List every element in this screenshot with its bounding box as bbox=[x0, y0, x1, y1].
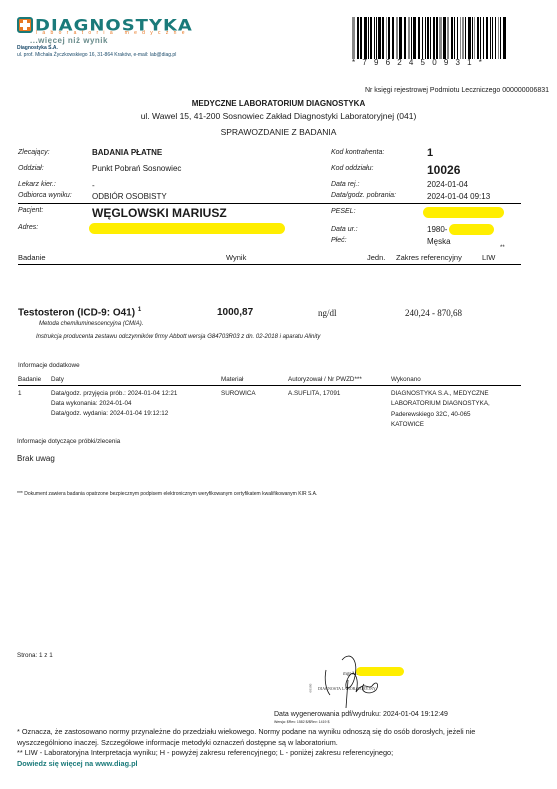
sample-info-value: Brak uwag bbox=[17, 454, 55, 463]
date-received: Data/godz. przyjęcia prób.: 2024-01-04 1… bbox=[51, 390, 177, 397]
footnote-2: wyszczególniono inaczej. Szczegółowe inf… bbox=[17, 738, 338, 747]
branch-label: Oddział: bbox=[18, 165, 44, 172]
column-authorized: Autoryzował / Nr PWZD*** bbox=[288, 376, 362, 383]
barcode-number: *7962450931* bbox=[352, 58, 508, 67]
collection-date-label: Data/godz. pobrania: bbox=[331, 192, 396, 199]
lab-name: MEDYCZNE LABORATORIUM DIAGNOSTYKA bbox=[0, 99, 557, 108]
website-link[interactable]: Dowiedz się więcej na www.diag.pl bbox=[17, 759, 138, 768]
stamp-number: 05195 bbox=[308, 684, 312, 693]
column-liw: LIW bbox=[482, 253, 495, 262]
branch-code-value: 10026 bbox=[427, 163, 460, 177]
patient-label: Pacjent: bbox=[18, 207, 43, 214]
dob-label: Data ur.: bbox=[331, 226, 358, 233]
branch-value: Punkt Pobrań Sosnowiec bbox=[92, 164, 181, 173]
test-name-text: Testosteron (ICD-9: O41) bbox=[18, 307, 135, 318]
sex-value: Męska bbox=[427, 237, 451, 246]
generated-date: Data wygenerowania pdf/wydruku: 2024-01-… bbox=[274, 711, 448, 718]
sample-info-title: Informacje dotyczące próbki/zlecenia bbox=[17, 438, 120, 445]
test-result: 1000,87 bbox=[217, 307, 253, 318]
redacted-pesel bbox=[423, 207, 504, 218]
company-address: ul. prof. Michała Życzkowskiego 16, 31-8… bbox=[17, 52, 176, 58]
date-performed: Data wykonania: 2024-01-04 bbox=[51, 400, 132, 407]
date-issued: Data/godz. wydania: 2024-01-04 19:12:12 bbox=[51, 410, 168, 417]
test-instruction: Instrukcja producenta zestawu odczynnikó… bbox=[36, 334, 320, 340]
performed-line-1: DIAGNOSTYKA S.A., MEDYCZNE bbox=[391, 390, 489, 397]
column-performed: Wykonano bbox=[391, 376, 421, 383]
performed-line-3: Paderewskiego 32C, 40-065 bbox=[391, 411, 470, 418]
registration-date-label: Data rej.: bbox=[331, 181, 359, 188]
footnote-1: * Oznacza, że zastosowano normy przynale… bbox=[17, 727, 475, 736]
pesel-label: PESEL: bbox=[331, 208, 356, 215]
info-test-no: 1 bbox=[18, 390, 22, 397]
footnote-3: ** LIW - Laboratoryjna Interpretacja wyn… bbox=[17, 748, 393, 757]
address-label: Adres: bbox=[18, 224, 38, 231]
column-result: Wynik bbox=[226, 253, 246, 262]
column-unit: Jedn. bbox=[367, 253, 385, 262]
performed-line-2: LABORATORIUM DIAGNOSTYKA, bbox=[391, 400, 490, 407]
recipient-value: ODBIÓR OSOBISTY bbox=[92, 192, 167, 201]
version-info: Wersja: $Rev: 1582 $/$Rev: 1419 $ bbox=[274, 720, 329, 724]
physician-label: Lekarz kier.: bbox=[18, 181, 56, 188]
dob-value: 1980- bbox=[427, 225, 447, 234]
sex-label: Płeć: bbox=[331, 237, 347, 244]
column-dates: Daty bbox=[51, 376, 64, 383]
handwritten-signature bbox=[320, 650, 400, 710]
material-value: SUROWICA bbox=[221, 390, 256, 397]
performed-line-4: KATOWICE bbox=[391, 421, 424, 428]
branch-code-label: Kod oddziału: bbox=[331, 165, 373, 172]
collection-date-value: 2024-01-04 09:13 bbox=[427, 192, 490, 201]
register-number: Nr księgi rejestrowej Podmiotu Lecznicze… bbox=[365, 87, 549, 94]
divider bbox=[18, 385, 521, 386]
logo-tagline: ...więcej niż wynik bbox=[30, 36, 108, 45]
column-material: Materiał bbox=[221, 376, 243, 383]
redacted-address bbox=[89, 223, 285, 234]
page-number: Strona: 1 z 1 bbox=[17, 652, 53, 659]
authorized-value: A.SUFLITA, 17091 bbox=[288, 390, 340, 397]
test-unit: ng/dl bbox=[318, 308, 337, 318]
medical-cross-icon bbox=[17, 17, 33, 33]
test-footnote: 1 bbox=[138, 307, 141, 313]
lab-address: ul. Wawel 15, 41-200 Sosnowiec Zakład Di… bbox=[0, 111, 557, 121]
test-range: 240,24 - 870,68 bbox=[405, 308, 462, 318]
orderer-label: Zlecający: bbox=[18, 149, 50, 156]
physician-value: - bbox=[92, 181, 95, 190]
test-name: Testosteron (ICD-9: O41) 1 bbox=[18, 307, 141, 318]
column-test: Badanie bbox=[18, 253, 46, 262]
orderer-value: BADANIA PŁATNE bbox=[92, 148, 162, 157]
test-method: Metoda chemiluminescencyjna (CMIA). bbox=[39, 321, 143, 327]
recipient-label: Odbiorca wyniku: bbox=[18, 192, 72, 199]
redacted-dob bbox=[449, 224, 494, 235]
registration-date-value: 2024-01-04 bbox=[427, 180, 468, 189]
barcode bbox=[352, 17, 508, 59]
signature-note: *** Dokument zawiera badania opatrzone b… bbox=[17, 491, 317, 497]
contractor-code-label: Kod kontrahenta: bbox=[331, 149, 384, 156]
additional-info-title: Informacje dodatkowe bbox=[18, 362, 80, 369]
column-test-no: Badanie bbox=[18, 376, 41, 383]
contractor-code-value: 1 bbox=[427, 147, 433, 159]
patient-name: WĘGLOWSKI MARIUSZ bbox=[92, 206, 227, 220]
column-range: Zakres referencyjny bbox=[396, 253, 462, 262]
divider bbox=[18, 264, 521, 265]
report-title: SPRAWOZDANIE Z BADANIA bbox=[0, 127, 557, 137]
company-name: Diagnostyka S.A. bbox=[17, 45, 58, 51]
liw-footnote-mark: ** bbox=[500, 245, 505, 251]
divider bbox=[18, 203, 521, 204]
